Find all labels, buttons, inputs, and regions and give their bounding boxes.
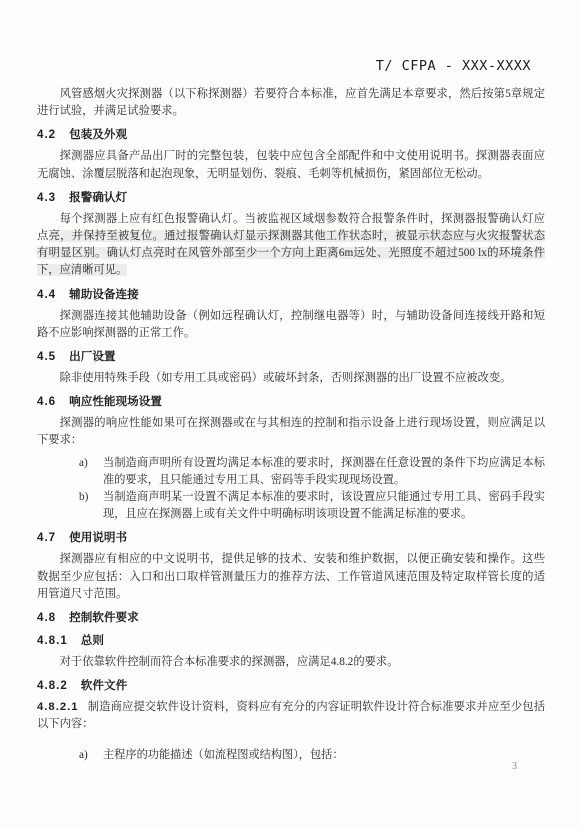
- section-4-4-paragraph: 探测器连接其他辅助设备（例如远程确认灯，控制继电器等）时，与辅助设备间连接线开路…: [37, 308, 545, 342]
- list-item-b: b) 当制造商声明某一设置不满足本标准的要求时，该设置应只能通过专用工具、密码手…: [79, 489, 545, 523]
- section-title: 报警确认灯: [69, 191, 127, 204]
- section-4-8-2-1-paragraph: 4.8.2.1制造商应提交软件设计资料，资料应有充分的内容证明软件设计符合标准要…: [37, 699, 545, 733]
- highlighted-text: 亮，并保持至被复位。通过报警确认灯显示探测器其他工作状态时，被显示状态应与火灾报…: [37, 230, 545, 276]
- section-title: 辅助设备连接: [69, 288, 139, 301]
- section-heading-4-7: 4.7使用说明书: [37, 529, 545, 546]
- section-title: 控制软件要求: [69, 611, 139, 624]
- section-number: 4.8.2: [37, 679, 68, 692]
- item-label: b): [79, 489, 103, 523]
- item-label: a): [79, 747, 103, 764]
- section-heading-4-5: 4.5出厂设置: [37, 348, 545, 365]
- page-content: 风管感烟火灾探测器（以下称探测器）若要符合本标准，应首先满足本章要求，然后按第5…: [0, 86, 581, 764]
- section-4-2-paragraph: 探测器应具备产品出厂时的完整包装，包装中应包含全部配件和中文使用说明书。探测器表…: [37, 148, 545, 182]
- intro-paragraph: 风管感烟火灾探测器（以下称探测器）若要符合本标准，应首先满足本章要求，然后按第5…: [37, 86, 545, 120]
- section-heading-4-8-1: 4.8.1总则: [37, 632, 545, 649]
- section-heading-4-4: 4.4辅助设备连接: [37, 286, 545, 303]
- section-title: 使用说明书: [69, 531, 127, 544]
- clause-number: 4.8.2.1: [37, 701, 79, 713]
- section-4-7-paragraph: 探测器应有相应的中文说明书，提供足够的技术、安装和维护数据，以便正确安装和操作。…: [37, 551, 545, 603]
- section-heading-4-3: 4.3报警确认灯: [37, 189, 545, 206]
- section-heading-4-8-2: 4.8.2软件文件: [37, 677, 545, 694]
- item-text: 当制造商声明所有设置均满足本标准的要求时，探测器在任意设置的条件下均应满足本标准…: [103, 455, 545, 489]
- section-number: 4.6: [37, 395, 56, 408]
- page-number: 3: [512, 761, 517, 772]
- section-heading-4-2: 4.2包装及外观: [37, 126, 545, 143]
- list-item-a: a) 当制造商声明所有设置均满足本标准的要求时，探测器在任意设置的条件下均应满足…: [79, 455, 545, 489]
- section-number: 4.4: [37, 288, 56, 301]
- list-item-a: a) 主程序的功能描述（如流程图或结构图），包括：: [79, 747, 545, 764]
- section-number: 4.8.1: [37, 634, 68, 647]
- section-title: 出厂设置: [69, 350, 115, 363]
- section-4-3-paragraph: 每个探测器上应有红色报警确认灯。当被监视区域烟参数符合报警条件时，探测器报警确认…: [37, 211, 545, 280]
- section-heading-4-6: 4.6响应性能现场设置: [37, 393, 545, 410]
- section-heading-4-8: 4.8控制软件要求: [37, 609, 545, 626]
- section-number: 4.7: [37, 531, 56, 544]
- section-4-6-paragraph: 探测器的响应性能如果可在探测器或在与其相连的控制和指示设备上进行现场设置，则应满…: [37, 415, 545, 449]
- section-4-8-1-paragraph: 对于依靠软件控制而符合本标准要求的探测器，应满足4.8.2的要求。: [37, 654, 545, 671]
- section-title: 软件文件: [81, 679, 127, 692]
- section-title: 总则: [81, 634, 104, 647]
- section-number: 4.2: [37, 128, 56, 141]
- section-number: 4.8: [37, 611, 56, 624]
- section-number: 4.5: [37, 350, 56, 363]
- doc-code: T/ CFPA - XXX-XXXX: [0, 0, 581, 74]
- item-label: a): [79, 455, 103, 489]
- section-title: 包装及外观: [69, 128, 127, 141]
- clause-text: 制造商应提交软件设计资料，资料应有充分的内容证明软件设计符合标准要求并应至少包括…: [37, 701, 545, 730]
- section-4-5-paragraph: 除非使用特殊手段（如专用工具或密码）或破坏封条，否则探测器的出厂设置不应被改变。: [37, 370, 545, 387]
- section-title: 响应性能现场设置: [69, 395, 162, 408]
- item-text: 主程序的功能描述（如流程图或结构图），包括：: [103, 747, 545, 764]
- section-number: 4.3: [37, 191, 56, 204]
- item-text: 当制造商声明某一设置不满足本标准的要求时，该设置应只能通过专用工具、密码手段实现…: [103, 489, 545, 523]
- document-page: T/ CFPA - XXX-XXXX 风管感烟火灾探测器（以下称探测器）若要符合…: [0, 0, 581, 828]
